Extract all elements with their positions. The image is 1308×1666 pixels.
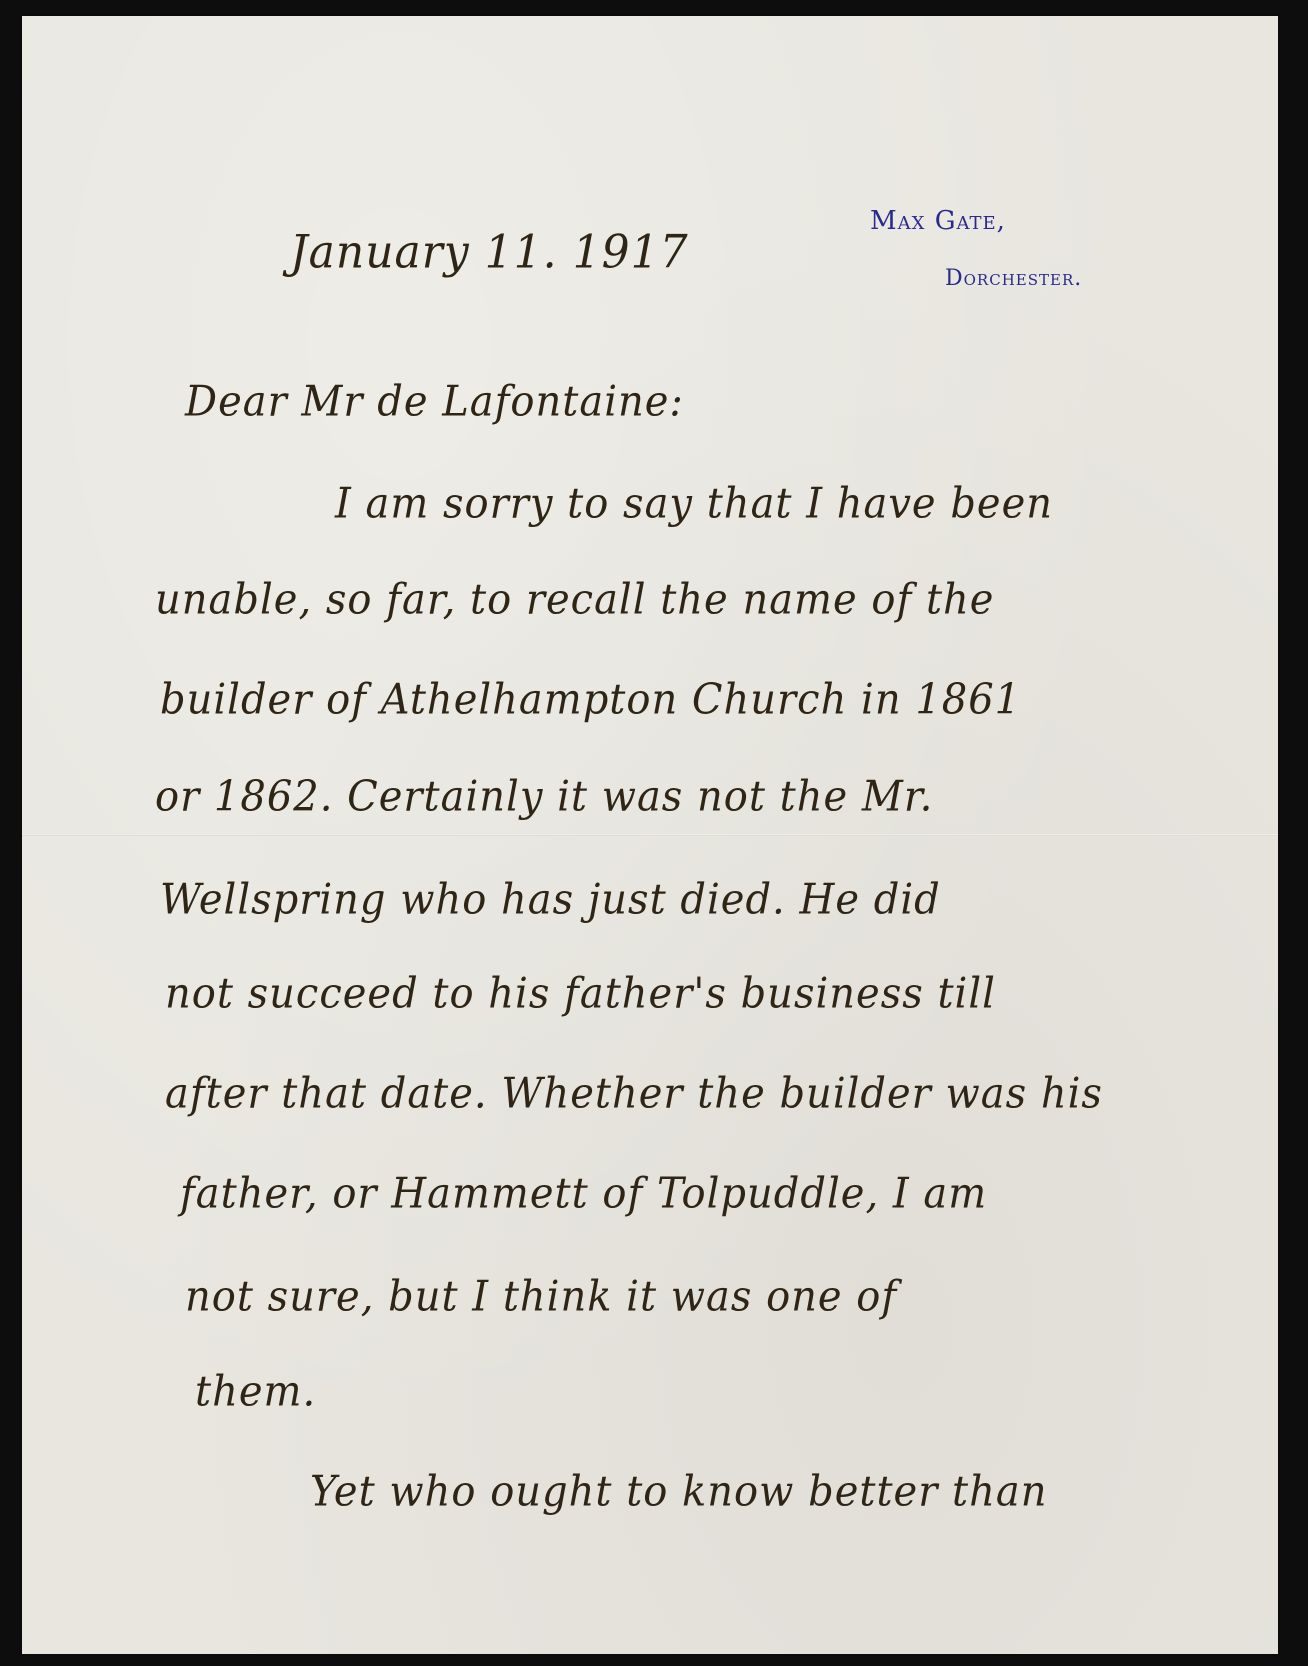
letter-line: not succeed to his father's business til… bbox=[165, 970, 996, 1018]
letter-line: after that date. Whether the builder was… bbox=[165, 1070, 1103, 1118]
letter-line: unable, so far, to recall the name of th… bbox=[155, 576, 994, 624]
letterhead-dorchester: Dorchester. bbox=[945, 266, 1082, 291]
letter-line: or 1862. Certainly it was not the Mr. bbox=[155, 773, 933, 821]
letter-line: Yet who ought to know better than bbox=[310, 1468, 1047, 1516]
letter-line: not sure, but I think it was one of bbox=[185, 1273, 897, 1321]
letterhead-max-gate: Max Gate, bbox=[870, 206, 1006, 236]
paper-fold-crease bbox=[22, 834, 1278, 836]
letter-line: Wellspring who has just died. He did bbox=[160, 876, 941, 924]
letter-salutation: Dear Mr de Lafontaine: bbox=[185, 378, 684, 426]
letter-date: January 11. 1917 bbox=[290, 225, 689, 279]
letter-line: them. bbox=[195, 1368, 316, 1416]
letter-line: builder of Athelhampton Church in 1861 bbox=[160, 676, 1021, 724]
letter-line: father, or Hammett of Tolpuddle, I am bbox=[180, 1170, 987, 1218]
letter-line: I am sorry to say that I have been bbox=[335, 480, 1053, 528]
